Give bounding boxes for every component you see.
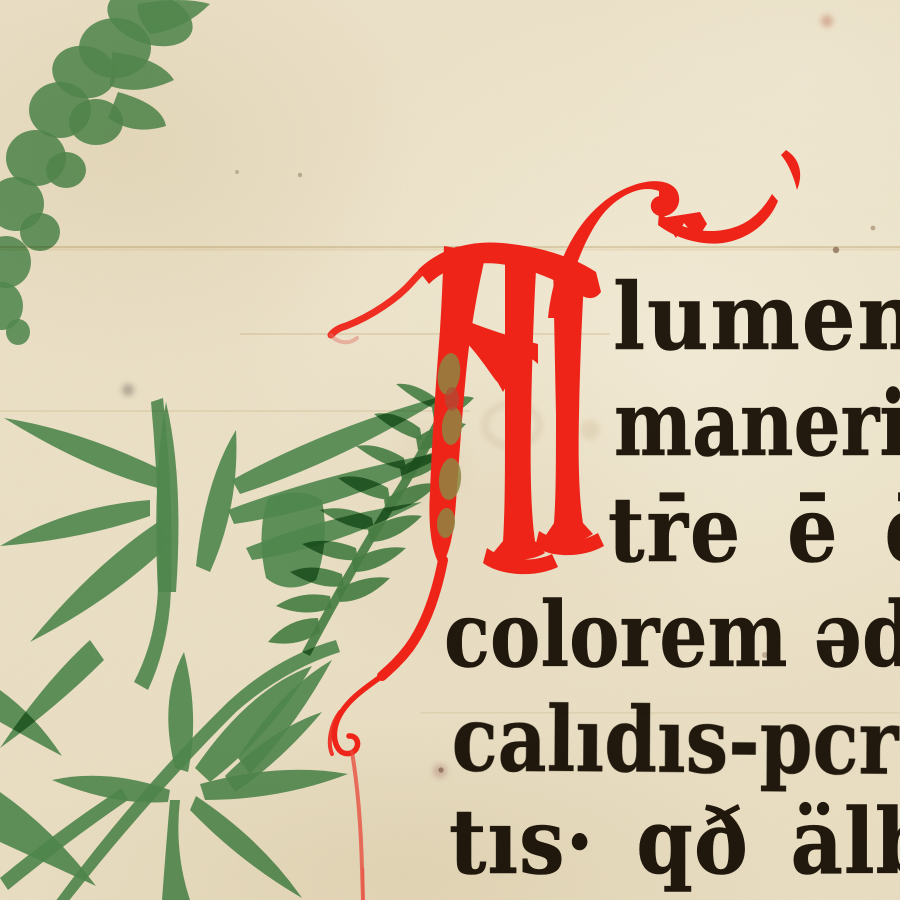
text-line-6: tıs· qð älbū xyxy=(449,797,900,887)
text-line-5: calıdıs-pcrea xyxy=(451,694,900,789)
text-line-1: lumen xyxy=(613,271,900,363)
text-line-4: colorem ədu xyxy=(444,590,900,680)
manuscript-page: lumen manerie tr̄e ē q̄ colorem ədu calı… xyxy=(0,0,900,900)
text-line-2: manerie xyxy=(614,379,900,469)
text-line-3: tr̄e ē q̄ xyxy=(608,485,900,575)
